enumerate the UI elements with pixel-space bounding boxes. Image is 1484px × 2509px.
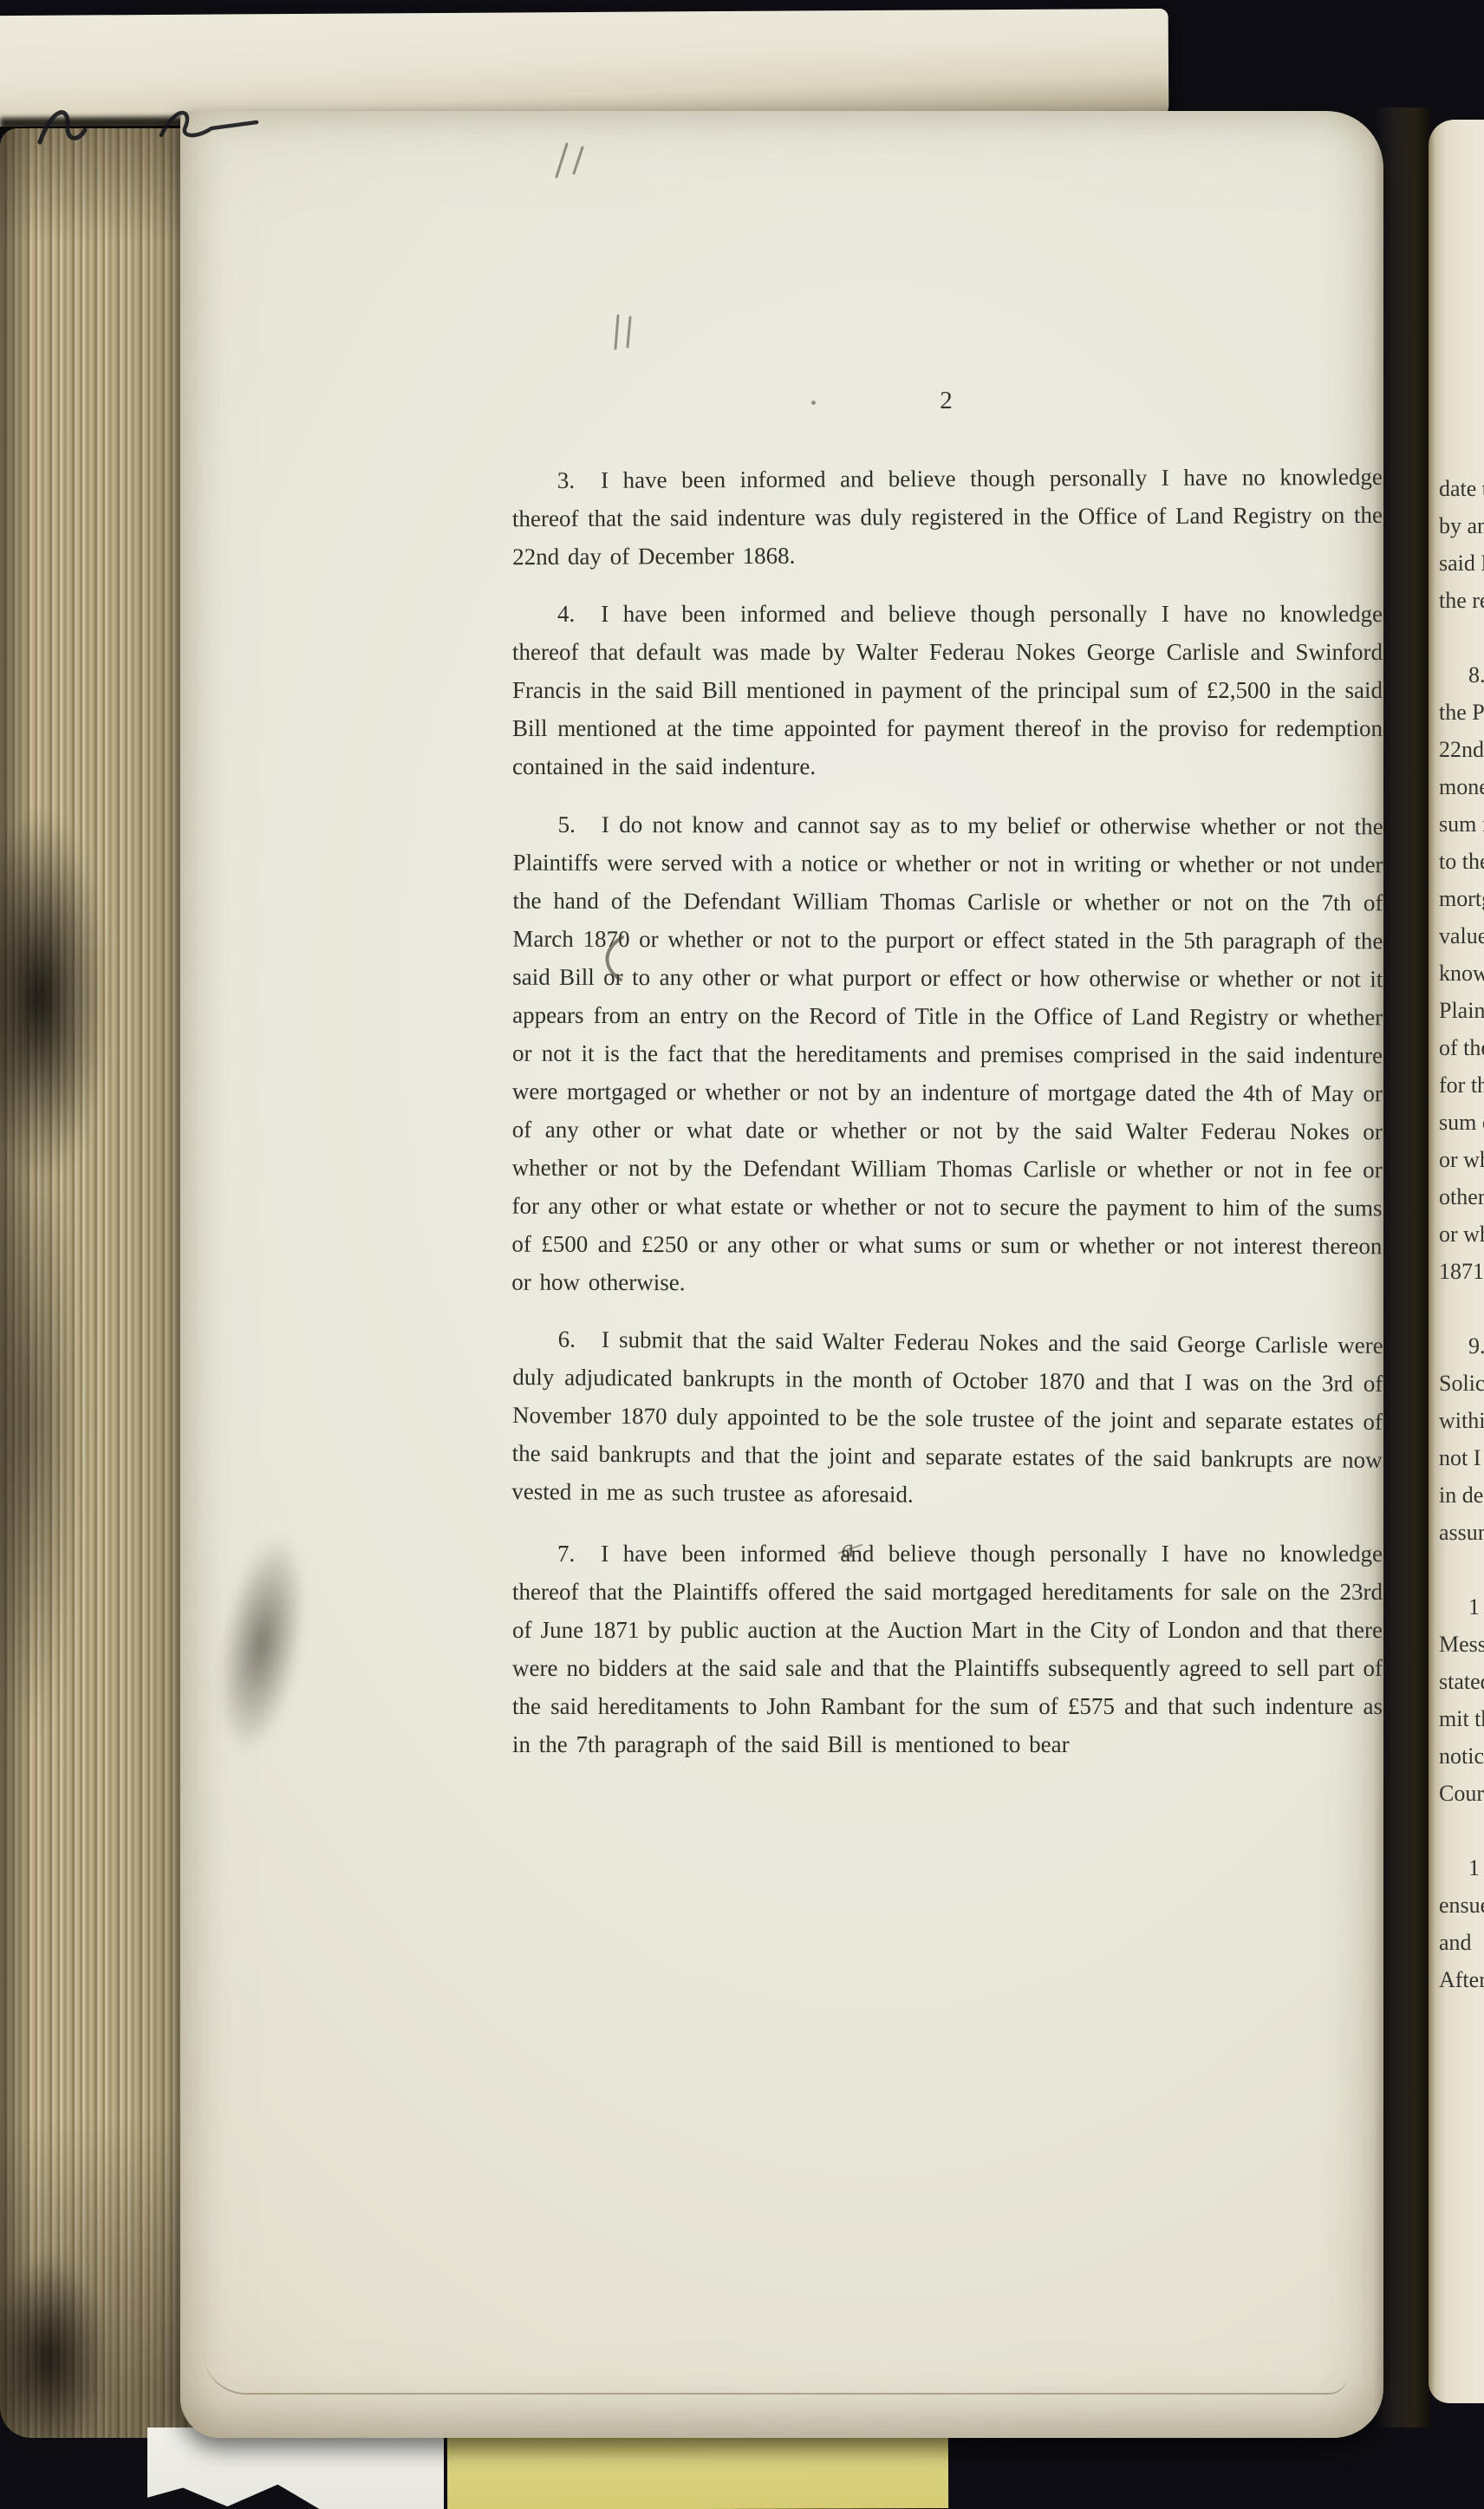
paper-slip-yellow bbox=[447, 2432, 948, 2509]
page-number: 2 bbox=[512, 387, 1381, 415]
next-page-line: Court bbox=[1439, 1775, 1484, 1812]
paragraph: 7.I have been informed and believe thoug… bbox=[512, 1535, 1383, 1763]
next-page-line: 9. bbox=[1439, 1327, 1484, 1365]
paragraph-text: I have been informed and believe though … bbox=[512, 1541, 1383, 1757]
paragraph-text: I submit that the said Walter Federau No… bbox=[511, 1326, 1383, 1508]
paragraph-number: 3. bbox=[557, 467, 575, 493]
paragraph: 5.I do not know and cannot say as to my … bbox=[511, 805, 1383, 1304]
paragraph-text: I have been informed and believe though … bbox=[512, 464, 1383, 570]
next-page-line: or whe bbox=[1439, 1141, 1484, 1178]
next-page-line: in def bbox=[1439, 1476, 1484, 1514]
next-page-line: the resp bbox=[1439, 582, 1484, 619]
next-page-line: 1871 o bbox=[1439, 1253, 1484, 1290]
next-page-line: notice bbox=[1439, 1737, 1484, 1775]
affidavit-text: 3.I have been informed and believe thoug… bbox=[512, 459, 1383, 1784]
paragraph-text: I do not know and cannot say as to my be… bbox=[511, 811, 1383, 1295]
pencil-strokes bbox=[544, 139, 596, 182]
paragraph-number: 7. bbox=[557, 1541, 575, 1567]
next-page-line: stated bbox=[1439, 1663, 1484, 1700]
next-page-line: said Bil bbox=[1439, 544, 1484, 582]
next-page-text: date theby andsaid Bilthe resp8.the Pla2… bbox=[1439, 470, 1484, 1998]
paragraph-number: 6. bbox=[558, 1326, 576, 1352]
next-page-line: After bbox=[1439, 1961, 1484, 1998]
paragraph: 6.I submit that the said Walter Federau … bbox=[511, 1320, 1383, 1517]
next-page-line: other c bbox=[1439, 1178, 1484, 1215]
book-page: 2 3.I have been informed and believe tho… bbox=[180, 111, 1383, 2438]
book-scan: 2 3.I have been informed and believe tho… bbox=[0, 0, 1484, 2509]
next-page-line: Solicit bbox=[1439, 1365, 1484, 1402]
page-crease bbox=[203, 2351, 1347, 2395]
next-page-line: or wha bbox=[1439, 1215, 1484, 1253]
page-gutter-shadow bbox=[1373, 108, 1430, 2428]
next-page-line: mortga bbox=[1439, 880, 1484, 917]
paragraph-number: 5. bbox=[558, 811, 576, 837]
next-page-line: value o bbox=[1439, 917, 1484, 955]
next-page-line: of the bbox=[1439, 1029, 1484, 1066]
next-page-line: knowle bbox=[1439, 955, 1484, 992]
next-page-line: to the bbox=[1439, 843, 1484, 880]
next-page-line: sum of bbox=[1439, 1104, 1484, 1141]
next-page-line: money bbox=[1439, 768, 1484, 805]
next-page-line: the Pla bbox=[1439, 694, 1484, 731]
ink-scribble bbox=[29, 95, 281, 160]
next-page-line: by and bbox=[1439, 507, 1484, 544]
next-page-line: date the bbox=[1439, 470, 1484, 507]
pencil-hook-mark bbox=[596, 935, 631, 983]
pencil-strokes bbox=[607, 312, 638, 352]
next-page-line: 1 bbox=[1439, 1849, 1484, 1887]
next-page-line: Plaintif bbox=[1439, 992, 1484, 1029]
next-page-line: not I v bbox=[1439, 1439, 1484, 1476]
next-page-line: mit th bbox=[1439, 1700, 1484, 1737]
next-page-line: within bbox=[1439, 1402, 1484, 1439]
paragraph: 4.I have been informed and believe thoug… bbox=[512, 595, 1383, 785]
next-page-line: 8. bbox=[1439, 656, 1484, 694]
next-page-line: for the bbox=[1439, 1066, 1484, 1104]
next-page-line: and bbox=[1439, 1924, 1484, 1961]
next-page-line: 22nd da bbox=[1439, 731, 1484, 768]
next-page-edge: date theby andsaid Bilthe resp8.the Pla2… bbox=[1429, 120, 1484, 2403]
next-page-line: Messrs bbox=[1439, 1626, 1484, 1663]
next-page-line: assum bbox=[1439, 1514, 1484, 1551]
paragraph-number: 4. bbox=[557, 601, 575, 627]
ink-speck bbox=[811, 401, 816, 405]
paragraph-text: I have been informed and believe though … bbox=[512, 601, 1383, 779]
paragraph: 3.I have been informed and believe thoug… bbox=[512, 458, 1383, 576]
next-page-line: 1 bbox=[1439, 1588, 1484, 1626]
next-page-line: ensue bbox=[1439, 1887, 1484, 1924]
paper-slip-white bbox=[147, 2428, 444, 2509]
page-edges bbox=[0, 128, 201, 2438]
next-page-line: sum for bbox=[1439, 805, 1484, 843]
